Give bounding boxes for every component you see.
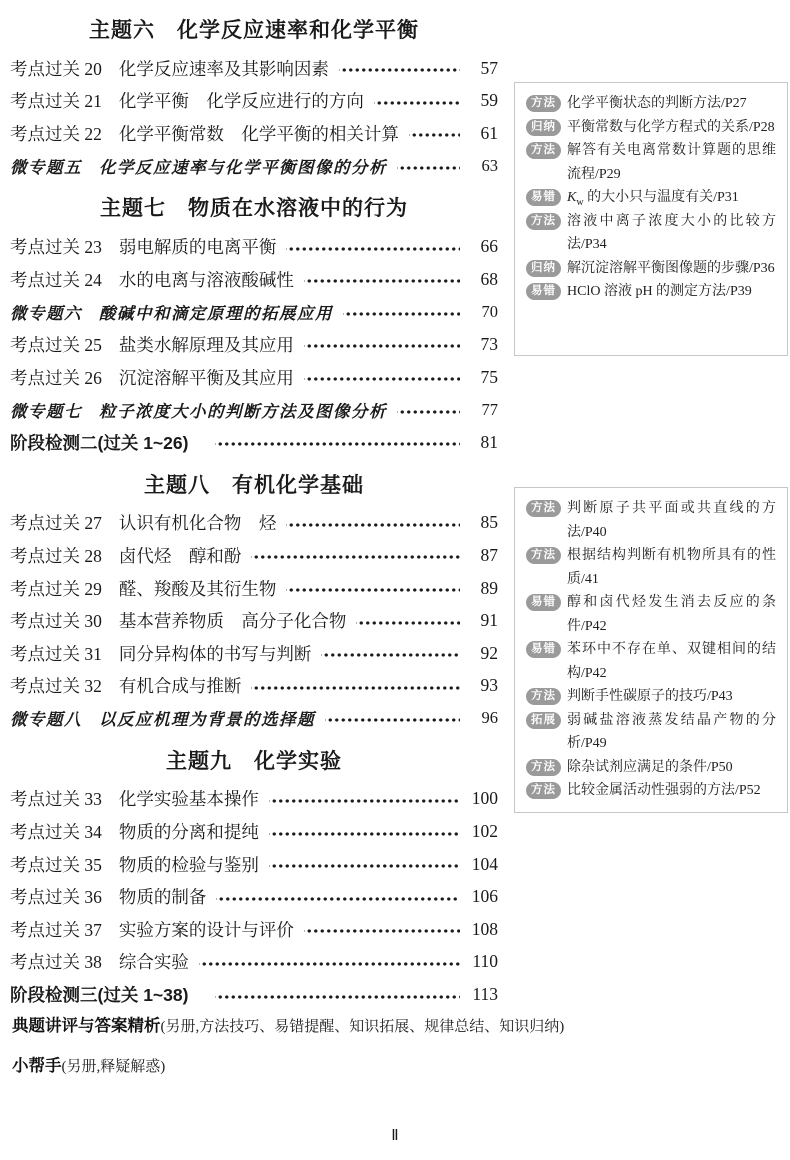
entry-label: 考点过关 21 [10,88,102,113]
tips-box-2: 方法判断原子共平面或共直线的方法/P40 方法根据结构判断有机物所具有的性质/4… [514,487,788,813]
entry-title: 粒子浓度大小的判断方法及图像分析 [99,398,387,422]
footer-line: 小帮手(另册,释疑解惑) [12,1052,752,1076]
toc-entry: 考点过关 34 物质的分离和提纯 102 [10,815,498,848]
entry-label: 考点过关 29 [10,576,102,601]
dot-leader [397,409,460,415]
dot-leader [356,620,460,626]
entry-label: 考点过关 20 [10,56,102,81]
entry-page: 92 [466,643,498,664]
entry-page: 91 [466,610,498,631]
dot-leader [409,132,460,138]
toc-entry: 考点过关 20 化学反应速率及其影响因素 57 [10,52,498,85]
tip-text: 比较金属活动性强弱的方法/P52 [567,783,761,798]
footer-line-detail: (另册,释疑解惑) [62,1059,166,1075]
dot-leader [215,994,460,1000]
entry-page: 108 [466,919,498,940]
toc-entry-special: 微专题七 粒子浓度大小的判断方法及图像分析 77 [10,393,498,426]
entry-page: 57 [466,58,498,79]
toc-entry: 考点过关 21 化学平衡 化学反应进行的方向 59 [10,85,498,118]
tip-text: 化学平衡状态的判断方法/P27 [567,96,747,111]
dot-leader [216,896,460,902]
toc-entry-stage-test: 阶段检测二(过关 1~26) 81 [10,426,498,459]
dot-leader [286,522,460,528]
entry-label: 考点过关 37 [10,917,102,942]
toc-entry: 考点过关 32 有机合成与推断 93 [10,670,498,703]
toc-entry: 考点过关 29 醛、羧酸及其衍生物 89 [10,572,498,605]
entry-label: 考点过关 26 [10,365,102,390]
dot-leader [304,278,460,284]
tip-item: 方法溶液中离子浓度大小的比较方法/P34 [526,210,776,257]
tip-text: 苯环中不存在单、双键相间的结构/P42 [567,642,776,681]
dot-leader [286,587,460,593]
entry-title: 基本营养物质 高分子化合物 [119,608,347,633]
tag-badge-method: 方法 [526,547,561,564]
tip-item: 拓展弱碱盐溶液蒸发结晶产物的分析/P49 [526,709,776,756]
tip-item: 方法除杂试剂应满足的条件/P50 [526,756,776,780]
entry-label: 考点过关 30 [10,608,102,633]
toc-entry: 考点过关 33 化学实验基本操作 100 [10,783,498,816]
dot-leader [339,67,460,73]
entry-title: 弱电解质的电离平衡 [119,234,277,259]
toc-entry: 考点过关 23 弱电解质的电离平衡 66 [10,230,498,263]
section-title: 主题八 有机化学基础 [10,469,498,499]
entry-title: 化学反应速率及其影响因素 [119,56,329,81]
entry-title: 有机合成与推断 [119,673,242,698]
tip-text: 解答有关电离常数计算题的思维流程/P29 [567,143,776,182]
entry-page: 110 [466,951,498,972]
entry-page: 73 [466,334,498,355]
dot-leader [199,961,460,967]
dot-leader [269,831,460,837]
tip-text: 除杂试剂应满足的条件/P50 [567,760,733,775]
tag-badge-summary: 归纳 [526,119,561,136]
tag-badge-method: 方法 [526,142,561,159]
dot-leader [304,928,460,934]
tip-text: 弱碱盐溶液蒸发结晶产物的分析/P49 [567,713,776,752]
entry-page: 104 [466,854,498,875]
entry-label: 阶段检测三(过关 1~38) [10,982,188,1007]
entry-label: 阶段检测二(过关 1~26) [10,430,188,455]
entry-title: 化学平衡 化学反应进行的方向 [119,88,364,113]
tip-text: 根据结构判断有机物所具有的性质/41 [567,548,776,587]
tip-item: 归纳解沉淀溶解平衡图像题的步骤/P36 [526,257,776,281]
tag-badge-method: 方法 [526,213,561,230]
section-title: 主题七 物质在水溶液中的行为 [10,192,498,222]
entry-label: 考点过关 25 [10,332,102,357]
dot-leader [343,311,460,317]
entry-page: 81 [466,432,498,453]
entry-page: 87 [466,545,498,566]
entry-title: 醛、羧酸及其衍生物 [119,576,277,601]
toc-entry: 考点过关 25 盐类水解原理及其应用 73 [10,328,498,361]
dot-leader [215,441,460,447]
tip-text: 平衡常数与化学方程式的关系/P28 [567,120,775,135]
tip-item: 归纳平衡常数与化学方程式的关系/P28 [526,116,776,140]
toc-entry: 考点过关 38 综合实验 110 [10,946,498,979]
entry-title: 水的电离与溶液酸碱性 [119,267,294,292]
dot-leader [251,554,460,560]
tag-badge-method: 方法 [526,95,561,112]
entry-label: 考点过关 22 [10,121,102,146]
toc-entry: 考点过关 22 化学平衡常数 化学平衡的相关计算 61 [10,117,498,150]
entry-page: 102 [466,821,498,842]
toc-entry: 考点过关 26 沉淀溶解平衡及其应用 75 [10,361,498,394]
toc-entry-stage-test: 阶段检测三(过关 1~38) 113 [10,978,498,1011]
table-of-contents: 主题六 化学反应速率和化学平衡 考点过关 20 化学反应速率及其影响因素 57 … [10,4,498,1011]
tip-item: 方法判断原子共平面或共直线的方法/P40 [526,497,776,544]
toc-entry: 考点过关 36 物质的制备 106 [10,880,498,913]
tip-text: 的大小只与温度有关/P31 [584,190,739,205]
entry-page: 68 [466,269,498,290]
dot-leader [304,343,460,349]
entry-title: 卤代烃 醇和酚 [119,543,242,568]
tip-text: 判断原子共平面或共直线的方法/P40 [567,501,776,540]
entry-label: 考点过关 38 [10,949,102,974]
entry-page: 113 [466,984,498,1005]
entry-page: 59 [466,90,498,111]
entry-page: 63 [466,156,498,176]
entry-label: 考点过关 23 [10,234,102,259]
section-title: 主题九 化学实验 [10,745,498,775]
tag-badge-error-prone: 易错 [526,641,561,658]
dot-leader [325,717,460,723]
entry-label: 微专题六 [10,300,82,324]
dot-leader [286,246,460,252]
toc-entry: 考点过关 24 水的电离与溶液酸碱性 68 [10,263,498,296]
entry-page: 93 [466,675,498,696]
entry-page: 85 [466,512,498,533]
tag-badge-summary: 归纳 [526,260,561,277]
footer-line-title: 小帮手 [12,1057,62,1075]
footer-line: 典题讲评与答案精析(另册,方法技巧、易错提醒、知识拓展、规律总结、知识归纳) [12,1012,752,1036]
toc-entry: 考点过关 31 同分异构体的书写与判断 92 [10,637,498,670]
tip-item: 易错Kw 的大小只与温度有关/P31 [526,186,776,210]
entry-title: 酸碱中和滴定原理的拓展应用 [99,300,333,324]
entry-page: 66 [466,236,498,257]
entry-page: 61 [466,123,498,144]
tip-text: 判断手性碳原子的技巧/P43 [567,689,733,704]
toc-entry: 考点过关 35 物质的检验与鉴别 104 [10,848,498,881]
tip-item: 方法判断手性碳原子的技巧/P43 [526,685,776,709]
entry-title: 盐类水解原理及其应用 [119,332,294,357]
toc-entry-special: 微专题八 以反应机理为背景的选择题 96 [10,702,498,735]
entry-page: 89 [466,578,498,599]
entry-page: 70 [466,302,498,322]
tip-text: 溶液中离子浓度大小的比较方法/P34 [567,214,776,253]
entry-title: 沉淀溶解平衡及其应用 [119,365,294,390]
entry-title: 化学实验基本操作 [119,786,259,811]
tip-item: 易错醇和卤代烃发生消去反应的条件/P42 [526,591,776,638]
dot-leader [397,165,460,171]
tip-item: 方法解答有关电离常数计算题的思维流程/P29 [526,139,776,186]
entry-label: 考点过关 28 [10,543,102,568]
tag-badge-method: 方法 [526,759,561,776]
toc-entry-special: 微专题六 酸碱中和滴定原理的拓展应用 70 [10,296,498,329]
entry-label: 微专题七 [10,398,82,422]
entry-title: 综合实验 [119,949,189,974]
footer-notes: 典题讲评与答案精析(另册,方法技巧、易错提醒、知识拓展、规律总结、知识归纳) 小… [12,1012,752,1092]
math-subscript: w [576,197,583,208]
tip-item: 易错HClO 溶液 pH 的测定方法/P39 [526,280,776,304]
toc-entry: 考点过关 27 认识有机化合物 烃 85 [10,507,498,540]
entry-label: 考点过关 34 [10,819,102,844]
entry-page: 77 [466,400,498,420]
tip-item: 方法比较金属活动性强弱的方法/P52 [526,779,776,803]
entry-page: 100 [466,788,498,809]
entry-label: 考点过关 24 [10,267,102,292]
dot-leader [269,798,460,804]
entry-title: 化学平衡常数 化学平衡的相关计算 [119,121,399,146]
entry-label: 考点过关 36 [10,884,102,909]
tag-badge-error-prone: 易错 [526,283,561,300]
tip-text: 醇和卤代烃发生消去反应的条件/P42 [567,595,776,634]
dot-leader [321,652,460,658]
entry-title: 化学反应速率与化学平衡图像的分析 [99,154,387,178]
tips-box-1: 方法化学平衡状态的判断方法/P27 归纳平衡常数与化学方程式的关系/P28 方法… [514,82,788,356]
entry-title: 同分异构体的书写与判断 [119,641,312,666]
toc-entry: 考点过关 30 基本营养物质 高分子化合物 91 [10,604,498,637]
entry-label: 考点过关 31 [10,641,102,666]
entry-label: 考点过关 32 [10,673,102,698]
tag-badge-error-prone: 易错 [526,189,561,206]
tip-item: 方法根据结构判断有机物所具有的性质/41 [526,544,776,591]
entry-label: 微专题八 [10,706,82,730]
tag-badge-method: 方法 [526,782,561,799]
book-contents-page: 主题六 化学反应速率和化学平衡 考点过关 20 化学反应速率及其影响因素 57 … [0,0,790,1160]
tag-badge-method: 方法 [526,500,561,517]
entry-page: 106 [466,886,498,907]
tag-badge-extension: 拓展 [526,712,561,729]
dot-leader [269,863,460,869]
entry-label: 考点过关 33 [10,786,102,811]
entry-label: 微专题五 [10,154,82,178]
math-symbol: K [567,190,576,205]
entry-title: 认识有机化合物 烃 [119,510,277,535]
tag-badge-error-prone: 易错 [526,594,561,611]
entry-title: 以反应机理为背景的选择题 [99,706,315,730]
tip-item: 易错苯环中不存在单、双键相间的结构/P42 [526,638,776,685]
tip-item: 方法化学平衡状态的判断方法/P27 [526,92,776,116]
tip-text: HClO 溶液 pH 的测定方法/P39 [567,284,752,299]
entry-label: 考点过关 27 [10,510,102,535]
footer-line-detail: (另册,方法技巧、易错提醒、知识拓展、规律总结、知识归纳) [161,1019,565,1035]
entry-title: 物质的制备 [119,884,207,909]
entry-title: 物质的检验与鉴别 [119,852,259,877]
entry-title: 实验方案的设计与评价 [119,917,294,942]
dot-leader [251,685,460,691]
footer-line-title: 典题讲评与答案精析 [12,1017,161,1035]
entry-page: 96 [466,708,498,728]
dot-leader [304,376,460,382]
entry-label: 考点过关 35 [10,852,102,877]
section-title: 主题六 化学反应速率和化学平衡 [10,14,498,44]
tip-text: 解沉淀溶解平衡图像题的步骤/P36 [567,261,775,276]
entry-page: 75 [466,367,498,388]
entry-title: 物质的分离和提纯 [119,819,259,844]
toc-entry-special: 微专题五 化学反应速率与化学平衡图像的分析 63 [10,150,498,183]
toc-entry: 考点过关 37 实验方案的设计与评价 108 [10,913,498,946]
tag-badge-method: 方法 [526,688,561,705]
page-number: Ⅱ [0,1126,790,1145]
toc-entry: 考点过关 28 卤代烃 醇和酚 87 [10,539,498,572]
dot-leader [374,100,460,106]
